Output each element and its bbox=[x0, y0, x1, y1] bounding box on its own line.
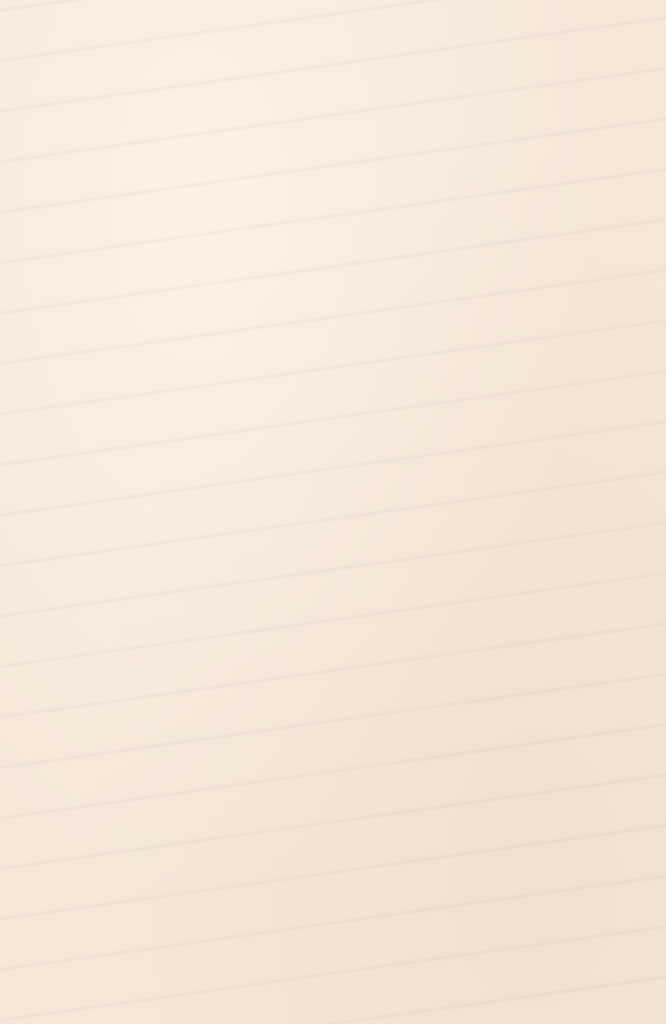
ink-bleed-through bbox=[0, 0, 666, 1024]
letter-page bbox=[0, 0, 666, 1024]
